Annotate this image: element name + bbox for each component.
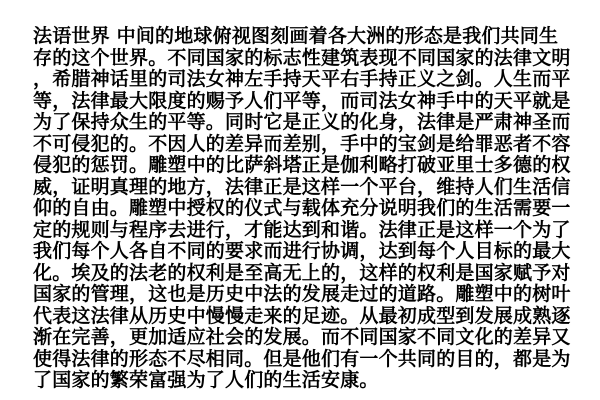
text-line: 渐在完善，更加适应社会的发展。而不同国家不同文化的差异又 — [33, 327, 574, 349]
text-line: 不可侵犯的。不因人的差异而差别，手中的宝剑是给罪恶者不容 — [33, 134, 574, 156]
text-line: 存的这个世界。不同国家的标志性建筑表现不同国家的法律文明 — [33, 48, 574, 70]
text-line: 代表这法律从历史中慢慢走来的足迹。从最初成型到发展成熟逐 — [33, 306, 574, 328]
text-line: 等，法律最大限度的赐予人们平等，而司法女神手中的天平就是 — [33, 91, 574, 113]
text-line: ，希腊神话里的司法女神左手持天平右手持正义之剑。人生而平 — [33, 69, 574, 91]
text-line: 化。埃及的法老的权利是至高无上的，这样的权利是国家赋予对 — [33, 263, 574, 285]
text-line: 威，证明真理的地方，法律正是这样一个平台，维持人们生活信 — [33, 177, 574, 199]
text-line: 定的规则与程序去进行，才能达到和谐。法律正是这样一个为了 — [33, 220, 574, 242]
text-line: 我们每个人各自不同的要求而进行协调，达到每个人目标的最大 — [33, 241, 574, 263]
chinese-text-document: 法语世界 中间的地球俯视图刻画着各大洲的形态是我们共同生 存的这个世界。不同国家… — [0, 0, 600, 400]
text-line: 为了保持众生的平等。同时它是正义的化身，法律是严肃神圣而 — [33, 112, 574, 134]
text-line: 仰的自由。雕塑中授权的仪式与载体充分说明我们的生活需要一 — [33, 198, 574, 220]
text-line: 国家的管理，这也是历史中法的发展走过的道路。雕塑中的树叶 — [33, 284, 574, 306]
text-line: 了国家的繁荣富强为了人们的生活安康。 — [33, 370, 574, 392]
text-line: 法语世界 中间的地球俯视图刻画着各大洲的形态是我们共同生 — [33, 26, 574, 48]
text-line: 使得法律的形态不尽相同。但是他们有一个共同的目的，都是为 — [33, 349, 574, 371]
text-line: 侵犯的惩罚。雕塑中的比萨斜塔正是伽利略打破亚里士多德的权 — [33, 155, 574, 177]
